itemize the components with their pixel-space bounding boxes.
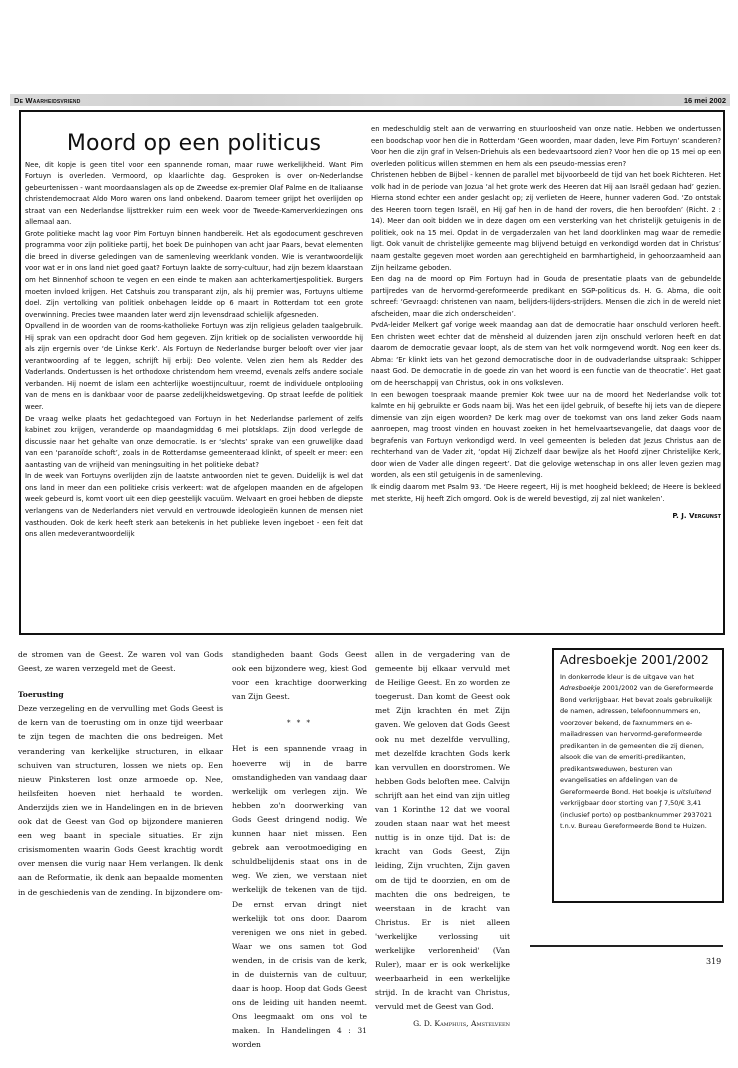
end-rule xyxy=(530,945,723,947)
editorial-right-column: en medeschuldig stelt aan de verwarring … xyxy=(371,124,721,523)
publication-name: De Waarheidsvriend xyxy=(14,96,81,105)
editorial-paragraph: In de week van Fortuyns overlijden zijn … xyxy=(25,471,363,540)
editorial-paragraph: De vraag welke plaats het gedachtegoed v… xyxy=(25,414,363,472)
article-column-3: allen in de vergadering van de gemeente … xyxy=(375,648,510,1032)
editorial-title: Moord op een politicus xyxy=(25,138,363,150)
editorial-paragraph: Grote politieke macht lag voor Pim Fortu… xyxy=(25,229,363,321)
editorial-signature: P. J. Vergunst xyxy=(371,511,721,523)
sidebar-title: Adresboekje 2001/2002 xyxy=(560,654,716,666)
editorial-box: Moord op een politicus Nee, dit kopje is… xyxy=(19,110,725,635)
article-column-2: standigheden baant Gods Geest ook een bi… xyxy=(232,648,367,1053)
sidebar-text-part: verkrijgbaar door storting van ƒ 7,50/€ … xyxy=(560,799,712,830)
adresboekje-sidebar: Adresboekje 2001/2002 In donkerrode kleu… xyxy=(552,648,724,903)
article-subheading: Toerusting xyxy=(18,688,223,702)
editorial-paragraph: en medeschuldig stelt aan de verwarring … xyxy=(371,124,721,170)
running-header: De Waarheidsvriend 16 mei 2002 xyxy=(10,94,730,106)
article-paragraph: Het is een spannende vraag in hoeverre w… xyxy=(232,742,367,1052)
editorial-paragraph: Nee, dit kopje is geen titel voor een sp… xyxy=(25,160,363,229)
sidebar-emphasis: uitsluitend xyxy=(677,788,711,796)
sidebar-book-title: Adresboekje xyxy=(560,684,600,692)
article-author: G. D. Kamphuis, Amstelveen xyxy=(375,1017,510,1031)
editorial-paragraph: PvdA-leider Melkert gaf vorige week maan… xyxy=(371,320,721,389)
article-column-1: de stromen van de Geest. Ze waren vol va… xyxy=(18,648,223,900)
section-separator: * * * xyxy=(232,716,367,730)
editorial-paragraph: Een dag na de moord op Pim Fortuyn had i… xyxy=(371,274,721,320)
sidebar-text: In donkerrode kleur is de uitgave van he… xyxy=(560,672,716,833)
article-paragraph: Deze verzegeling en de vervulling met Go… xyxy=(18,702,223,899)
editorial-left-column: Moord op een politicus Nee, dit kopje is… xyxy=(25,112,363,541)
sidebar-text-part: In donkerrode kleur is de uitgave van he… xyxy=(560,673,694,681)
editorial-paragraph: Ik eindig daarom met Psalm 93. ‘De Heere… xyxy=(371,482,721,505)
article-paragraph: de stromen van de Geest. Ze waren vol va… xyxy=(18,648,223,676)
editorial-paragraph: Opvallend in de woorden van de rooms-kat… xyxy=(25,321,363,413)
article-paragraph: allen in de vergadering van de gemeente … xyxy=(375,648,510,1014)
sidebar-text-part: 2001/2002 van de Gereformeerde Bond verk… xyxy=(560,684,713,796)
page-number: 319 xyxy=(706,957,721,966)
editorial-paragraph: Christenen hebben de Bijbel - kennen de … xyxy=(371,170,721,274)
article-paragraph: standigheden baant Gods Geest ook een bi… xyxy=(232,648,367,704)
issue-date: 16 mei 2002 xyxy=(684,96,726,105)
editorial-paragraph: In een bewogen toespraak maande premier … xyxy=(371,390,721,482)
